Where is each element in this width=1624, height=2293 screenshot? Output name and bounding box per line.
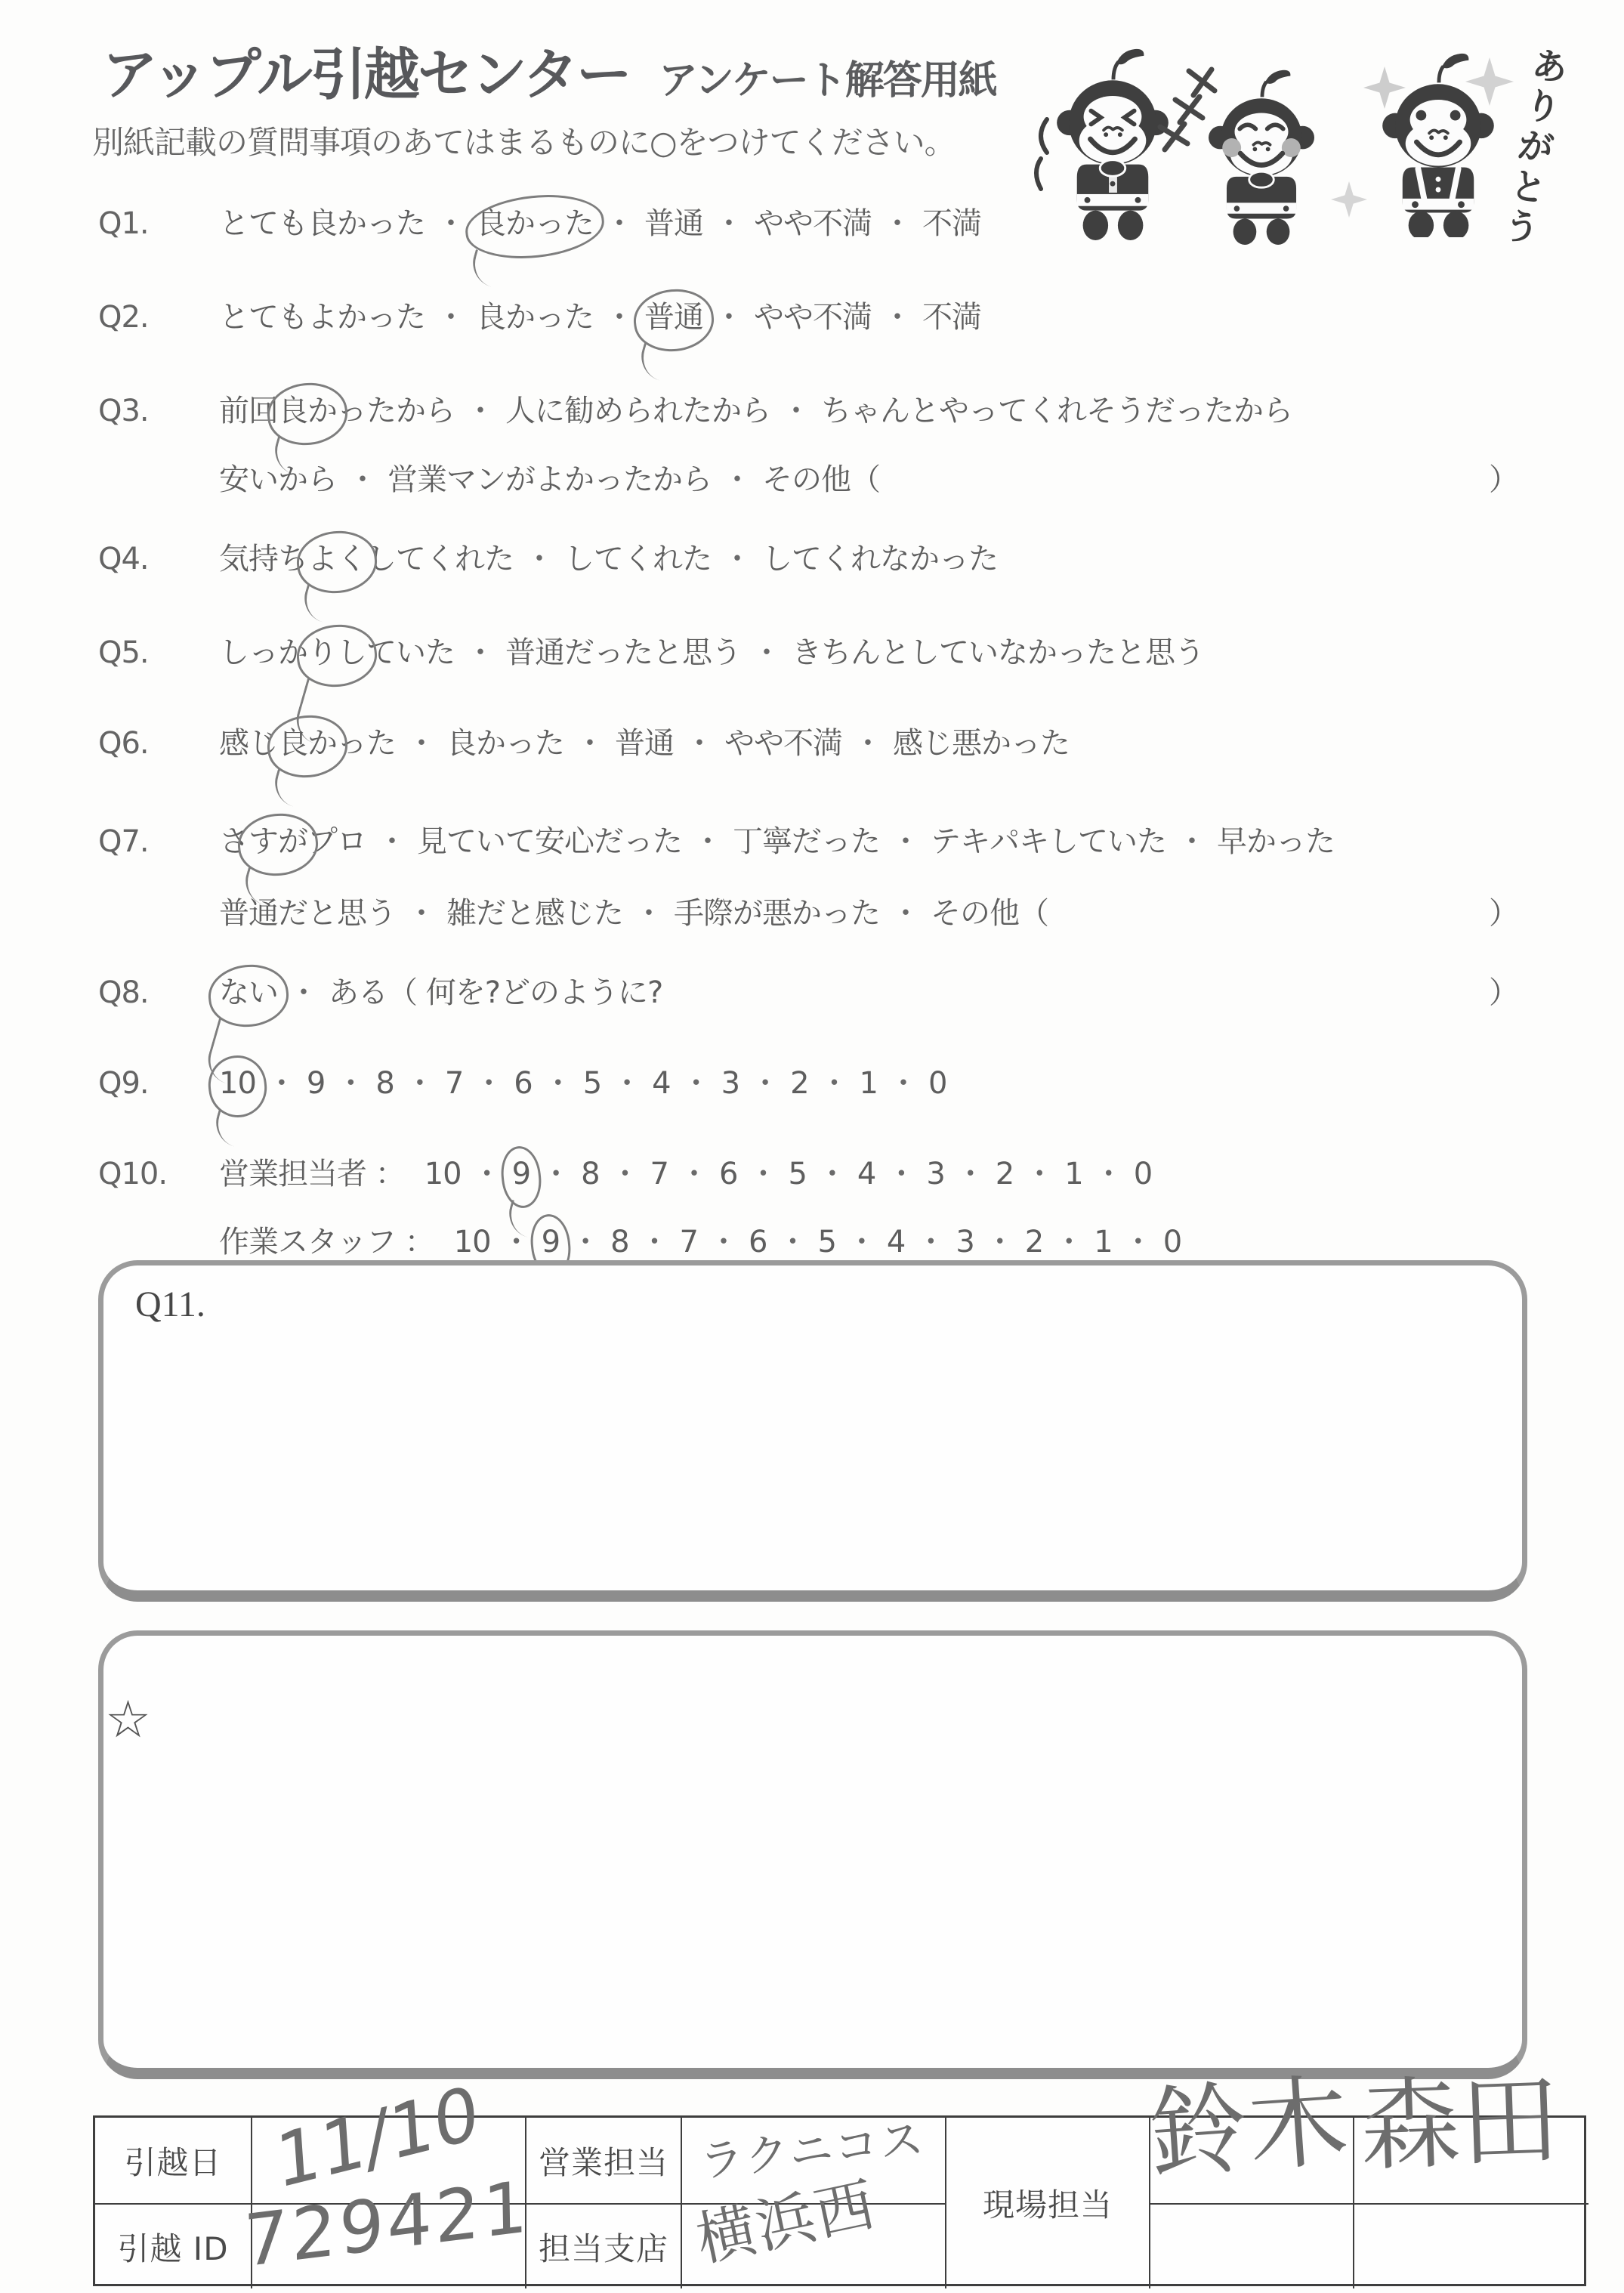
option-text: ある（ 何を?どのように? bbox=[329, 975, 662, 1010]
option-text: 普通だと思う bbox=[219, 896, 396, 931]
handwritten-circle-mark: 10 bbox=[219, 1062, 256, 1105]
answer-option: 8 bbox=[581, 1153, 599, 1195]
answer-option: 8 bbox=[610, 1221, 628, 1263]
answer-option: きちんとしていなかったと思う bbox=[792, 632, 1204, 674]
option-text: その他（ bbox=[762, 462, 880, 497]
option-separator: ・ bbox=[465, 390, 495, 432]
handwritten-site-staff-2: 森田 bbox=[1359, 2070, 1561, 2177]
option-separator: ・ bbox=[750, 1062, 780, 1105]
option-text: 4 bbox=[887, 1225, 905, 1259]
option-text: 5 bbox=[817, 1225, 835, 1259]
question-line: Q1.とても良かった・良かった・普通・やや不満・不満 bbox=[98, 202, 1518, 245]
option-separator: ・ bbox=[570, 1221, 600, 1263]
answer-option: 1 bbox=[860, 1062, 878, 1105]
option-separator: ・ bbox=[524, 538, 554, 580]
option-separator: ・ bbox=[853, 722, 882, 765]
option-text: 良かった bbox=[476, 300, 594, 335]
label-move-date: 引越日 bbox=[95, 2118, 252, 2205]
option-text: 5 bbox=[583, 1066, 601, 1101]
question-line: Q2.とてもよかった・良かった・普通・やや不満・不満 bbox=[98, 296, 1518, 338]
option-text: 6 bbox=[749, 1225, 767, 1259]
option-text: 4 bbox=[857, 1157, 875, 1191]
answer-option: 3 bbox=[721, 1062, 739, 1105]
option-separator: ・ bbox=[888, 1062, 918, 1105]
question-line: Q6.感じ良かった・良かった・普通・やや不満・感じ悪かった bbox=[98, 722, 1518, 765]
question-line: 安いから・営業マンがよかったから・その他（） bbox=[98, 459, 1518, 501]
answer-option: 7 bbox=[650, 1153, 668, 1195]
answer-option: 5 bbox=[788, 1153, 806, 1195]
option-separator: ・ bbox=[882, 202, 912, 245]
handwritten-circle-mark: 良かった bbox=[476, 202, 594, 245]
option-separator: ・ bbox=[722, 459, 752, 501]
cell-site-staff-1b bbox=[1150, 2205, 1354, 2288]
label-branch: 担当支店 bbox=[526, 2205, 682, 2288]
option-separator: ・ bbox=[1123, 1221, 1153, 1263]
handwritten-circle-mark: ない bbox=[219, 972, 278, 1014]
option-text: 普通だったと思う bbox=[505, 635, 741, 670]
answer-option: とても良かった bbox=[219, 202, 425, 245]
handwritten-circle-mark: 普通 bbox=[644, 296, 703, 338]
option-text: 0 bbox=[1163, 1225, 1181, 1259]
answer-option: 普通 bbox=[644, 296, 703, 338]
option-separator: ・ bbox=[1177, 820, 1206, 863]
question-line: Q9.10・9・8・7・6・5・4・3・2・1・0 bbox=[98, 1062, 1518, 1105]
option-text: 不満 bbox=[922, 206, 981, 241]
option-separator: ・ bbox=[612, 1062, 641, 1105]
handwritten-circle-mark: 良か bbox=[278, 390, 337, 432]
option-text: ったから bbox=[337, 394, 455, 428]
answer-option: してくれなかった bbox=[762, 538, 998, 580]
option-separator: ・ bbox=[405, 1062, 434, 1105]
answer-option: 4 bbox=[652, 1062, 670, 1105]
answer-option: 5 bbox=[583, 1062, 601, 1105]
option-text: 1 bbox=[860, 1066, 878, 1101]
option-text: 9 bbox=[307, 1066, 325, 1101]
answer-option: 不満 bbox=[922, 296, 981, 338]
handwritten-circle-mark: 9 bbox=[512, 1153, 530, 1195]
answer-option: 8 bbox=[375, 1062, 394, 1105]
option-separator: ・ bbox=[474, 1062, 503, 1105]
answer-option: 4 bbox=[857, 1153, 875, 1195]
answer-option: 安いから bbox=[219, 459, 337, 501]
option-separator: ・ bbox=[267, 1062, 296, 1105]
q11-label: Q11. bbox=[135, 1284, 205, 1325]
option-separator: ・ bbox=[1054, 1221, 1083, 1263]
option-separator: ・ bbox=[436, 202, 465, 245]
option-separator: ・ bbox=[886, 1153, 915, 1195]
option-separator: ・ bbox=[681, 1062, 711, 1105]
star-icon: ☆ bbox=[105, 1690, 151, 1750]
answer-option: 普通 bbox=[644, 202, 703, 245]
answer-option: 雑だと感じた bbox=[446, 892, 623, 935]
question-line: Q5.しっかりしていた・普通だったと思う・きちんとしていなかったと思う bbox=[98, 632, 1518, 674]
option-text: 10 bbox=[425, 1157, 462, 1191]
answer-option: 6 bbox=[749, 1221, 767, 1263]
question-id: Q9. bbox=[98, 1062, 219, 1105]
answer-option: 2 bbox=[790, 1062, 808, 1105]
answer-option: 良かった bbox=[476, 202, 594, 245]
answer-option: テキパキしていた bbox=[931, 820, 1166, 863]
answer-option: 見ていて安心だった bbox=[417, 820, 682, 863]
answer-option: 4 bbox=[887, 1221, 905, 1263]
option-text: やや不満 bbox=[724, 726, 842, 761]
answer-option: 良かった bbox=[446, 722, 564, 765]
option-text: 手際が悪かった bbox=[674, 896, 880, 931]
option-text: してくれなかった bbox=[762, 542, 998, 576]
option-separator: ・ bbox=[347, 459, 377, 501]
option-text: 7 bbox=[445, 1066, 463, 1101]
option-text: ていた bbox=[366, 635, 455, 670]
option-separator: ・ bbox=[289, 972, 318, 1014]
option-separator: ・ bbox=[891, 892, 920, 935]
answer-option: 10 bbox=[454, 1221, 491, 1263]
answer-option: 3 bbox=[956, 1221, 974, 1263]
answer-option: 1 bbox=[1094, 1221, 1112, 1263]
question-line: Q7.さすがプロ・見ていて安心だった・丁寧だった・テキパキしていた・早かった bbox=[98, 820, 1518, 863]
option-text: 7 bbox=[680, 1225, 698, 1259]
answer-option: やや不満 bbox=[754, 202, 872, 245]
cell-site-staff-2b bbox=[1354, 2205, 1588, 2288]
option-separator: ・ bbox=[436, 296, 465, 338]
option-text: 雑だと感じた bbox=[446, 896, 623, 931]
question-line: 作業スタッフ ：10・9・8・7・6・5・4・3・2・1・0 bbox=[98, 1221, 1518, 1263]
answer-option: しっかりしていた bbox=[219, 632, 455, 674]
answer-option: 気持ちよくしてくれた bbox=[219, 538, 514, 580]
option-text: 不満 bbox=[922, 300, 981, 335]
label-sales-rep: 営業担当 bbox=[526, 2118, 682, 2205]
answer-option: 良かった bbox=[476, 296, 594, 338]
question-line: Q4.気持ちよくしてくれた・してくれた・してくれなかった bbox=[98, 538, 1518, 580]
answer-option: ない bbox=[219, 972, 278, 1014]
question-id: Q1. bbox=[98, 202, 219, 245]
question-id: Q5. bbox=[98, 632, 219, 674]
answer-option: 6 bbox=[719, 1153, 737, 1195]
option-separator: ・ bbox=[640, 1221, 669, 1263]
question-id: Q10. bbox=[98, 1153, 219, 1195]
option-text: 見ていて安心だった bbox=[417, 824, 682, 859]
option-separator: ・ bbox=[985, 1221, 1014, 1263]
option-separator: ・ bbox=[406, 892, 436, 935]
answer-option: 2 bbox=[1025, 1221, 1043, 1263]
option-text: とてもよかった bbox=[219, 300, 425, 335]
answer-option: さすがプロ bbox=[219, 820, 366, 863]
option-separator: ・ bbox=[882, 296, 912, 338]
option-text: 丁寧だった bbox=[733, 824, 880, 859]
option-text: ちゃんとやってくれそうだったから bbox=[821, 394, 1292, 428]
option-text: 人に勧められたから bbox=[505, 394, 770, 428]
option-text: 8 bbox=[375, 1066, 394, 1101]
answer-option: 6 bbox=[514, 1062, 532, 1105]
option-text: きちんとしていなかったと思う bbox=[792, 635, 1204, 670]
answer-option: やや不満 bbox=[724, 722, 842, 765]
answer-option: その他（ bbox=[931, 892, 1048, 935]
option-separator: ・ bbox=[693, 820, 722, 863]
option-text: 2 bbox=[996, 1157, 1014, 1191]
answer-option: 営業マンがよかったから bbox=[387, 459, 712, 501]
closing-paren: ） bbox=[1489, 459, 1518, 501]
handwritten-site-staff-1: 鈴木 bbox=[1146, 2072, 1352, 2185]
option-separator: ・ bbox=[781, 390, 810, 432]
answer-option: 不満 bbox=[922, 202, 981, 245]
option-text: 良かった bbox=[446, 726, 564, 761]
handwritten-circle-mark: よく bbox=[307, 538, 366, 580]
question-id: Q2. bbox=[98, 296, 219, 338]
answer-option: その他（ bbox=[762, 459, 880, 501]
option-separator: ・ bbox=[335, 1062, 365, 1105]
answer-option: 7 bbox=[680, 1221, 698, 1263]
answer-option: 10 bbox=[219, 1062, 256, 1105]
option-separator: ・ bbox=[752, 632, 781, 674]
question-line: Q8.ない・ある（ 何を?どのように?） bbox=[98, 972, 1518, 1014]
answer-option: 手際が悪かった bbox=[674, 892, 880, 935]
question-id: Q3. bbox=[98, 390, 219, 432]
option-separator: ・ bbox=[604, 202, 634, 245]
rating-subject-label: 作業スタッフ ： bbox=[219, 1221, 434, 1263]
option-text: 6 bbox=[514, 1066, 532, 1101]
answer-option: とてもよかった bbox=[219, 296, 425, 338]
option-text: 7 bbox=[650, 1157, 668, 1191]
answer-option: 丁寧だった bbox=[733, 820, 880, 863]
answer-option: 普通だと思う bbox=[219, 892, 396, 935]
option-text: 5 bbox=[788, 1157, 806, 1191]
option-separator: ・ bbox=[777, 1221, 807, 1263]
answer-option: 0 bbox=[1134, 1153, 1152, 1195]
option-separator: ・ bbox=[604, 296, 634, 338]
answer-option: 感じ良かった bbox=[219, 722, 396, 765]
option-text: 10 bbox=[454, 1225, 491, 1259]
option-separator: ・ bbox=[684, 722, 714, 765]
answer-option: 0 bbox=[928, 1062, 946, 1105]
answer-option: 5 bbox=[817, 1221, 835, 1263]
option-text: 気持ち bbox=[219, 542, 307, 576]
answer-option: 人に勧められたから bbox=[505, 390, 770, 432]
option-separator: ・ bbox=[377, 820, 406, 863]
rating-subject-label: 営業担当者 ： bbox=[219, 1153, 405, 1195]
option-separator: ・ bbox=[472, 1153, 502, 1195]
question-list: Q1.とても良かった・良かった・普通・やや不満・不満Q2.とてもよかった・良かっ… bbox=[98, 0, 1518, 1263]
option-separator: ・ bbox=[817, 1153, 847, 1195]
answer-option: 9 bbox=[512, 1153, 530, 1195]
option-separator: ・ bbox=[541, 1153, 570, 1195]
option-separator: ・ bbox=[820, 1062, 849, 1105]
question-id: Q4. bbox=[98, 538, 219, 580]
info-table: 引越日 営業担当 現場担当 引越 ID 担当支店 11/10 729421 ラク… bbox=[93, 2115, 1586, 2286]
handwritten-circle-mark: りし bbox=[307, 632, 366, 674]
option-separator: ・ bbox=[709, 1221, 738, 1263]
answer-option: 普通だったと思う bbox=[505, 632, 741, 674]
option-separator: ・ bbox=[714, 296, 743, 338]
option-separator: ・ bbox=[956, 1153, 985, 1195]
answer-option: 早かった bbox=[1217, 820, 1335, 863]
option-text: 営業マンがよかったから bbox=[387, 462, 712, 497]
option-separator: ・ bbox=[1094, 1153, 1123, 1195]
answer-option: 9 bbox=[307, 1062, 325, 1105]
option-separator: ・ bbox=[748, 1153, 777, 1195]
answer-option: 9 bbox=[542, 1221, 560, 1263]
answer-option: 感じ悪かった bbox=[893, 722, 1070, 765]
option-text: 0 bbox=[1134, 1157, 1152, 1191]
option-separator: ・ bbox=[502, 1221, 531, 1263]
star-comment-box: ☆ bbox=[98, 1630, 1527, 2079]
q11-comment-box: Q11. bbox=[98, 1260, 1527, 1602]
handwritten-circle-mark: 9 bbox=[542, 1221, 560, 1263]
answer-option: ちゃんとやってくれそうだったから bbox=[821, 390, 1292, 432]
option-text: その他（ bbox=[931, 896, 1048, 931]
question-line: 普通だと思う・雑だと感じた・手際が悪かった・その他（） bbox=[98, 892, 1518, 935]
option-separator: ・ bbox=[1024, 1153, 1054, 1195]
option-text: 3 bbox=[956, 1225, 974, 1259]
option-text: 感じ悪かった bbox=[893, 726, 1070, 761]
option-text: 6 bbox=[719, 1157, 737, 1191]
option-separator: ・ bbox=[714, 202, 743, 245]
option-text: 1 bbox=[1064, 1157, 1082, 1191]
answer-option: してくれた bbox=[564, 538, 712, 580]
option-text: しっか bbox=[219, 635, 307, 670]
option-separator: ・ bbox=[465, 632, 495, 674]
option-text: 1 bbox=[1094, 1225, 1112, 1259]
option-text: 3 bbox=[926, 1157, 944, 1191]
option-separator: ・ bbox=[406, 722, 436, 765]
option-text: とても良かった bbox=[219, 206, 425, 241]
option-separator: ・ bbox=[915, 1221, 945, 1263]
answer-option: ある（ 何を?どのように? bbox=[329, 972, 662, 1014]
option-separator: ・ bbox=[679, 1153, 709, 1195]
option-text: 早かった bbox=[1217, 824, 1335, 859]
option-text: やや不満 bbox=[754, 300, 872, 335]
question-line: Q3.前回良かったから・人に勧められたから・ちゃんとやってくれそうだったから bbox=[98, 390, 1518, 432]
answer-option: やや不満 bbox=[754, 296, 872, 338]
label-move-id: 引越 ID bbox=[95, 2205, 252, 2288]
answer-option: 10 bbox=[425, 1153, 462, 1195]
question-id: Q8. bbox=[98, 972, 219, 1014]
option-separator: ・ bbox=[610, 1153, 640, 1195]
handwritten-circle-mark: 良か bbox=[278, 722, 337, 765]
option-text: やや不満 bbox=[754, 206, 872, 241]
answer-option: 2 bbox=[996, 1153, 1014, 1195]
option-text: 安いから bbox=[219, 462, 337, 497]
option-text: 0 bbox=[928, 1066, 946, 1101]
option-separator: ・ bbox=[891, 820, 920, 863]
handwritten-circle-mark: すが bbox=[249, 820, 307, 863]
answer-option: 7 bbox=[445, 1062, 463, 1105]
option-separator: ・ bbox=[575, 722, 604, 765]
option-text: 3 bbox=[721, 1066, 739, 1101]
option-text: 4 bbox=[652, 1066, 670, 1101]
option-separator: ・ bbox=[634, 892, 663, 935]
option-text: してくれた bbox=[366, 542, 514, 576]
option-separator: ・ bbox=[722, 538, 752, 580]
question-line: Q10.営業担当者 ：10・9・8・7・6・5・4・3・2・1・0 bbox=[98, 1153, 1518, 1195]
answer-option: 0 bbox=[1163, 1221, 1181, 1263]
option-text: 2 bbox=[790, 1066, 808, 1101]
option-text: 8 bbox=[610, 1225, 628, 1259]
option-text: 普通 bbox=[644, 206, 703, 241]
option-text: テキパキしていた bbox=[931, 824, 1166, 859]
answer-option: 3 bbox=[926, 1153, 944, 1195]
label-site-staff: 現場担当 bbox=[946, 2118, 1150, 2288]
closing-paren: ） bbox=[1489, 892, 1518, 935]
option-text: してくれた bbox=[564, 542, 712, 576]
option-text: 8 bbox=[581, 1157, 599, 1191]
option-separator: ・ bbox=[543, 1062, 573, 1105]
option-text: 2 bbox=[1025, 1225, 1043, 1259]
closing-paren: ） bbox=[1489, 972, 1518, 1014]
question-id: Q7. bbox=[98, 820, 219, 863]
option-text: 普通 bbox=[615, 726, 674, 761]
answer-option: 普通 bbox=[615, 722, 674, 765]
answer-option: 前回良かったから bbox=[219, 390, 455, 432]
question-id: Q6. bbox=[98, 722, 219, 765]
option-separator: ・ bbox=[847, 1221, 876, 1263]
answer-option: 1 bbox=[1064, 1153, 1082, 1195]
